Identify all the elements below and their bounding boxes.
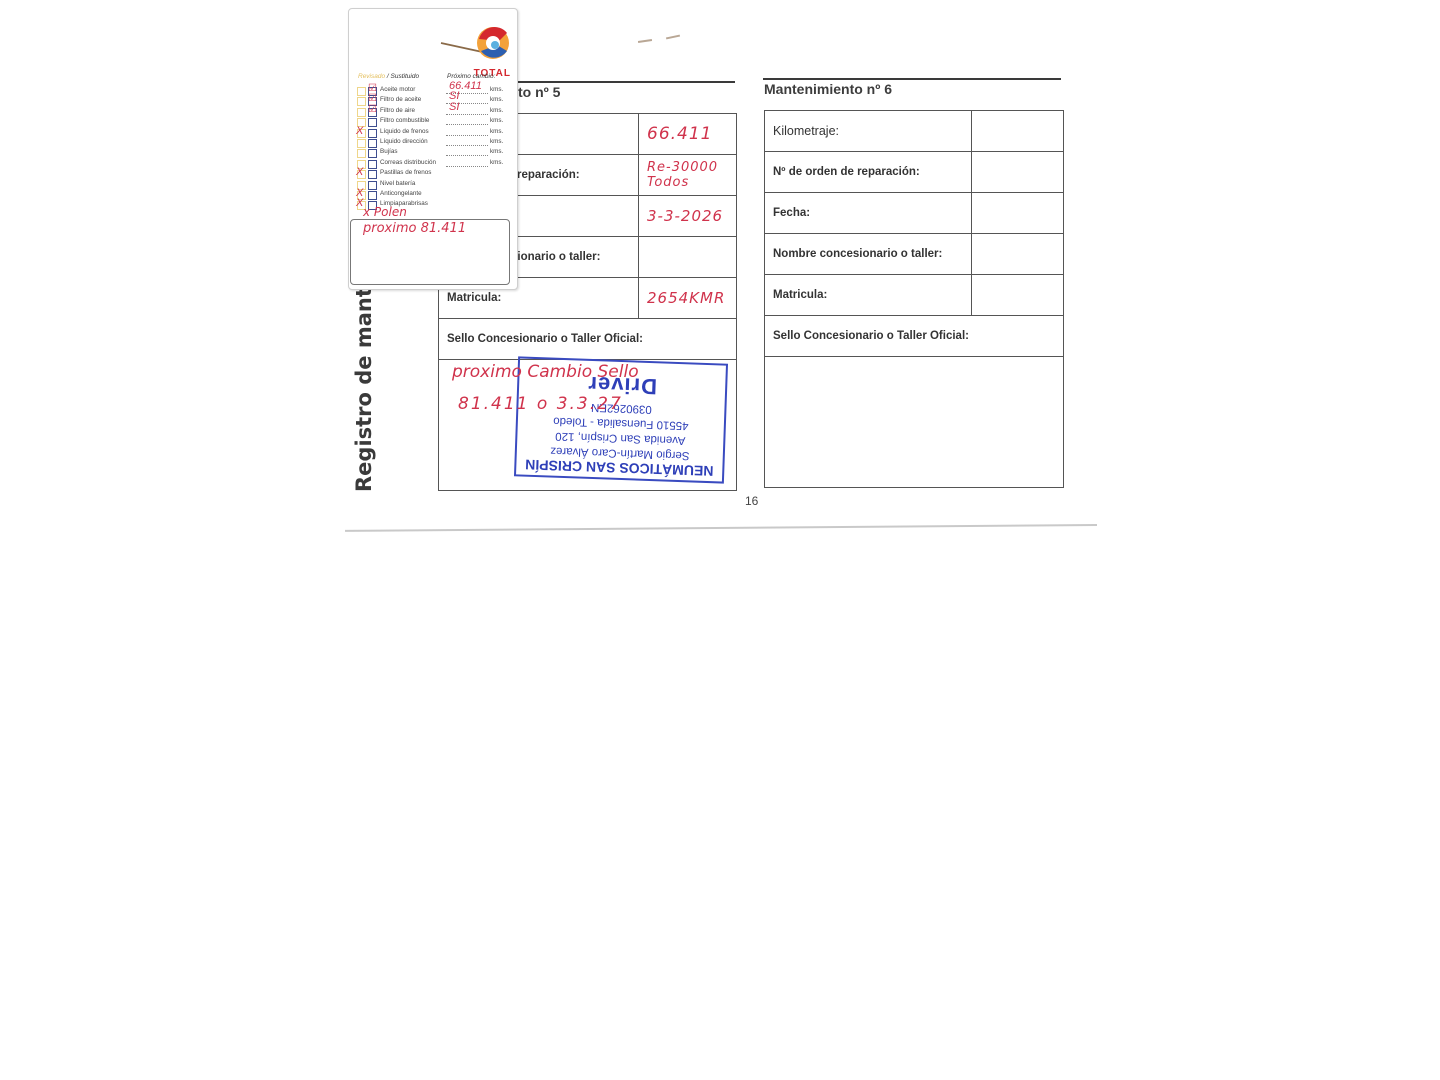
x-mark-icon: X: [356, 125, 363, 137]
check-mark-icon: ☑: [368, 104, 377, 115]
replaced-checkbox[interactable]: [368, 181, 377, 190]
maintenance-5-heading: to nº 5: [518, 84, 560, 100]
field-label: Fecha:: [765, 193, 972, 234]
handwritten-note: 81.411 o 3.3.27: [458, 394, 623, 414]
table-row: Fecha:: [765, 193, 1064, 234]
table-row: Matricula:: [765, 275, 1064, 316]
check-mark-icon: ☑: [368, 93, 377, 104]
card-item: Filtro combustiblekms.: [357, 117, 513, 127]
unit-label: kms.: [490, 117, 503, 124]
table-row: Kilometraje:: [765, 111, 1064, 152]
card-item: Líquido direcciónkms.: [357, 138, 513, 148]
card-item: ☑Aceite motorkms.66.411: [357, 86, 513, 96]
table-row: Sello Concesionario o Taller Oficial:: [439, 319, 737, 360]
card-item: Bujíaskms.: [357, 148, 513, 158]
kilometraje-value[interactable]: 66.411: [639, 114, 737, 155]
card-item: XLíquido de frenoskms.: [357, 128, 513, 138]
card-next-change-header: Próximo cambio:: [447, 73, 495, 80]
unit-label: kms.: [490, 96, 503, 103]
card-item-name: Pastillas de frenos: [380, 169, 431, 176]
table-row: Nº de orden de reparación:: [765, 152, 1064, 193]
section-rule: [763, 78, 1061, 80]
card-item-name: Filtro combustible: [380, 117, 429, 124]
card-box-note: proximo 81.411: [363, 221, 466, 236]
next-change-field[interactable]: [446, 117, 488, 125]
date-value[interactable]: [972, 193, 1064, 234]
maintenance-6-table: Kilometraje: Nº de orden de reparación: …: [764, 110, 1064, 488]
card-item-name: Líquido de frenos: [380, 128, 429, 135]
card-item-name: Anticongelante: [380, 190, 422, 197]
reviewed-checkbox[interactable]: [357, 149, 366, 158]
card-item: ☑Filtro de airekms.SI: [357, 107, 513, 117]
card-item: XPastillas de frenos: [357, 169, 513, 179]
next-change-value: SI: [449, 101, 459, 113]
kilometraje-value[interactable]: [972, 111, 1064, 152]
total-logo: TOTAL: [435, 19, 515, 79]
stamp-area[interactable]: [765, 357, 1064, 488]
card-extra-note: x Polen: [363, 205, 407, 219]
replaced-checkbox[interactable]: [368, 191, 377, 200]
handwritten-note: proximo Cambio Sello: [452, 362, 639, 382]
total-logo-icon: [435, 19, 515, 69]
x-mark-icon: X: [356, 166, 363, 178]
workshop-value[interactable]: [972, 234, 1064, 275]
plate-value[interactable]: [972, 275, 1064, 316]
replaced-checkbox[interactable]: [368, 160, 377, 169]
maintenance-6-heading: Mantenimiento nº 6: [764, 81, 892, 97]
unit-label: kms.: [490, 107, 503, 114]
date-value[interactable]: 3-3-2026: [639, 196, 737, 237]
replaced-checkbox[interactable]: [368, 129, 377, 138]
card-item-name: Correas distribución: [380, 159, 436, 166]
card-item: Correas distribuciónkms.: [357, 159, 513, 169]
card-item: XAnticongelante: [357, 190, 513, 200]
repair-order-value[interactable]: [972, 152, 1064, 193]
unit-label: kms.: [490, 86, 503, 93]
unit-label: kms.: [490, 128, 503, 135]
stamp-label: Sello Concesionario o Taller Oficial:: [439, 319, 737, 360]
reviewed-checkbox[interactable]: [357, 139, 366, 148]
field-label: Nº de orden de reparación:: [765, 152, 972, 193]
next-change-field[interactable]: [446, 138, 488, 146]
reviewed-checkbox[interactable]: [357, 87, 366, 96]
field-label: Matricula:: [765, 275, 972, 316]
repair-order-value[interactable]: Re-30000 Todos: [639, 155, 737, 196]
check-mark-icon: ☑: [368, 83, 377, 94]
next-change-field[interactable]: [446, 148, 488, 156]
table-row: Sello Concesionario o Taller Oficial:: [765, 316, 1064, 357]
replaced-checkbox[interactable]: [368, 139, 377, 148]
table-row: [765, 357, 1064, 488]
reviewed-checkbox[interactable]: [357, 97, 366, 106]
table-row: Nombre concesionario o taller:: [765, 234, 1064, 275]
card-item-name: Filtro de aire: [380, 107, 415, 114]
card-item-name: Bujías: [380, 148, 398, 155]
replaced-checkbox[interactable]: [368, 149, 377, 158]
replaced-checkbox[interactable]: [368, 118, 377, 127]
next-change-field[interactable]: [446, 128, 488, 136]
card-item-name: Líquido dirección: [380, 138, 428, 145]
card-item: Nivel batería: [357, 180, 513, 190]
total-service-card: TOTAL Revisado / Sustituido Próximo camb…: [348, 8, 518, 290]
card-item-name: Filtro de aceite: [380, 96, 421, 103]
field-label: Kilometraje:: [765, 111, 972, 152]
reviewed-checkbox[interactable]: [357, 108, 366, 117]
next-change-field[interactable]: [446, 159, 488, 167]
card-item: ☑Filtro de aceitekms.SI: [357, 96, 513, 106]
unit-label: kms.: [490, 159, 503, 166]
plate-value[interactable]: 2654KMR: [639, 278, 737, 319]
unit-label: kms.: [490, 138, 503, 145]
page-number: 16: [745, 494, 758, 508]
stamp-label: Sello Concesionario o Taller Oficial:: [765, 316, 1064, 357]
workshop-value[interactable]: [639, 237, 737, 278]
field-label: Nombre concesionario o taller:: [765, 234, 972, 275]
card-item-name: Aceite motor: [380, 86, 415, 93]
unit-label: kms.: [490, 148, 503, 155]
card-column-header: Revisado / Sustituido: [358, 73, 419, 80]
replaced-checkbox[interactable]: [368, 170, 377, 179]
card-item-name: Nivel batería: [380, 180, 415, 187]
